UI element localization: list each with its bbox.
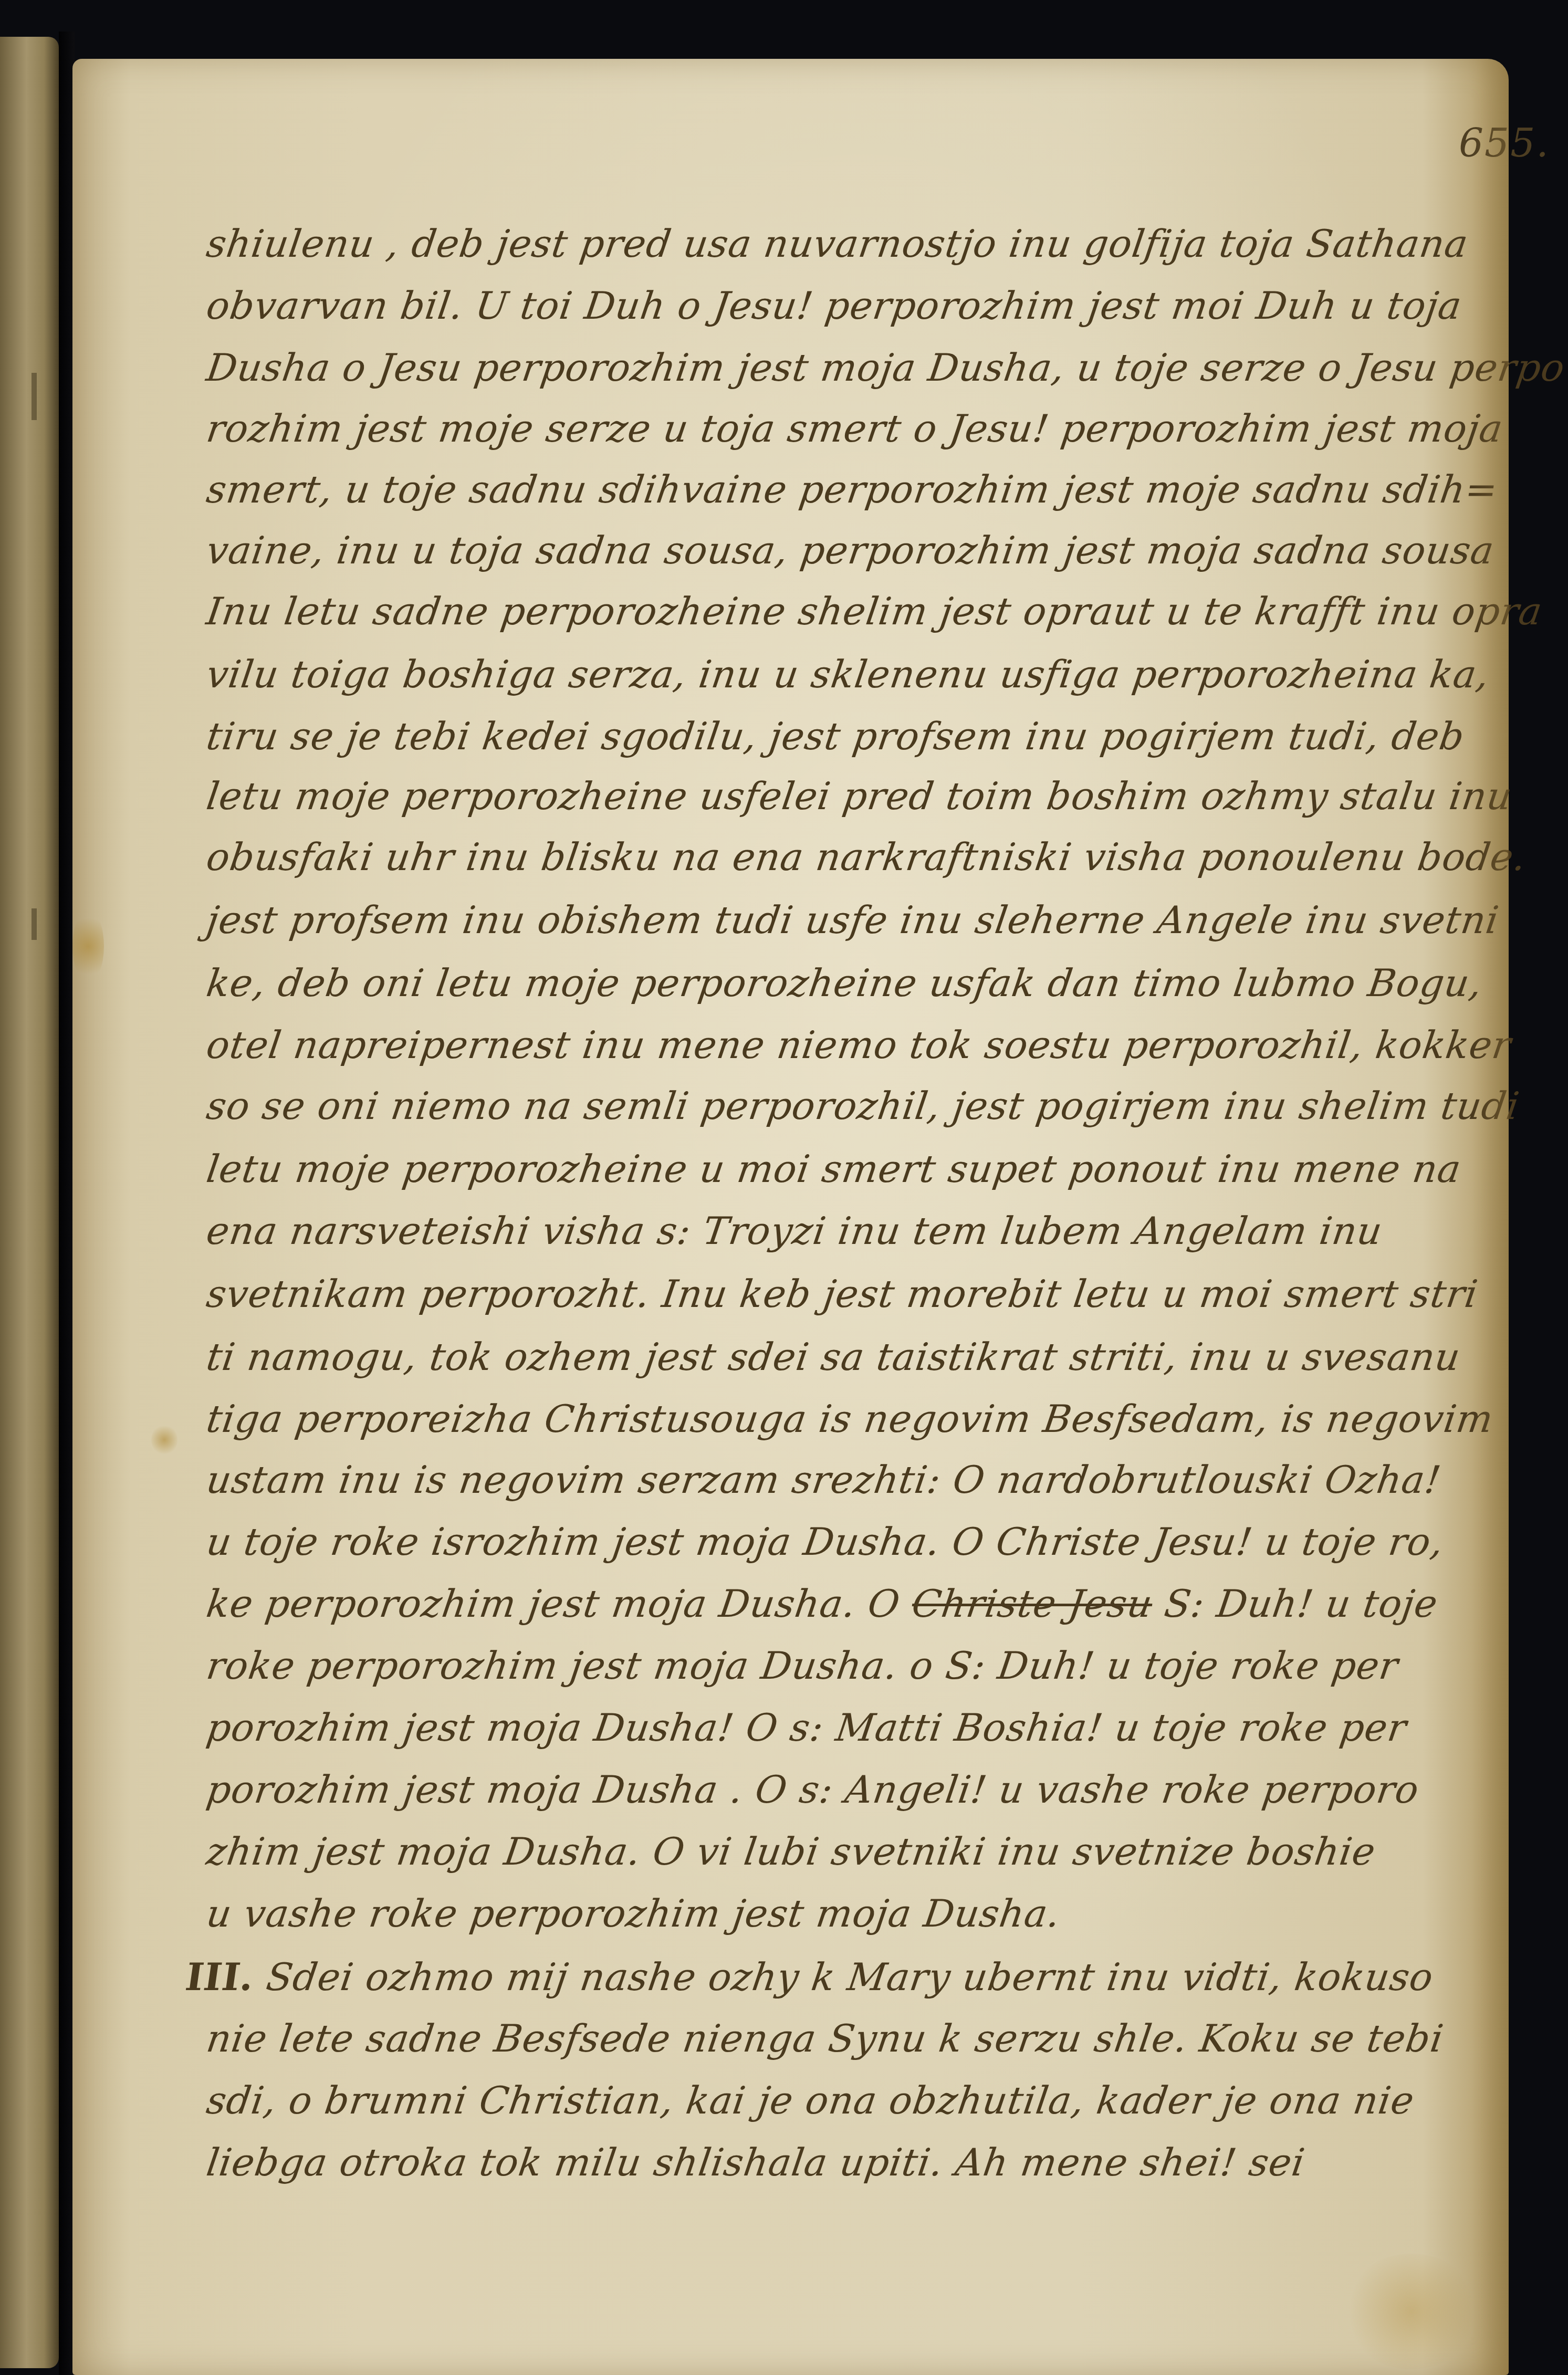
- text-line: Inu letu sadne perporozheine shelim jest…: [204, 589, 1545, 633]
- text-line: obusfaki uhr inu blisku na ena narkraftn…: [204, 835, 1529, 879]
- text-line: tiru se je tebi kedei sgodilu, jest prof…: [204, 714, 1467, 758]
- text-line: letu moje perporozheine usfelei pred toi…: [204, 774, 1515, 818]
- paper-stain: [1343, 2254, 1480, 2369]
- text-line: otel napreipernest inu mene niemo tok so…: [204, 1023, 1514, 1067]
- text-line: vilu toiga boshiga serza, inu u sklenenu…: [204, 652, 1492, 696]
- text-segment: Sdei ozhmo mij nashe ozhy k Mary ubernt …: [264, 1955, 1436, 1999]
- text-line: roke perporozhim jest moja Dusha. o S: D…: [204, 1644, 1401, 1688]
- text-line: ke, deb oni letu moje perporozheine usfa…: [204, 961, 1485, 1005]
- ink-mark: [32, 908, 37, 940]
- text-line: porozhim jest moja Dusha . O s: Angeli! …: [204, 1767, 1422, 1812]
- text-line: obvarvan bil. U toi Duh o Jesu! perporoz…: [204, 284, 1465, 328]
- text-line-with-strikethrough: ke perporozhim jest moja Dusha. O Christ…: [204, 1582, 1440, 1626]
- text-line: smert, u toje sadnu sdihvaine perporozhi…: [204, 467, 1501, 511]
- text-line: vaine, inu u toja sadna sousa, perporozh…: [204, 528, 1497, 572]
- section-number: III.: [183, 1954, 257, 1999]
- text-line: tiga perporeizha Christusouga is negovim…: [204, 1397, 1496, 1441]
- manuscript-page: 655. shiulenu , deb jest pred usa nuvarn…: [72, 59, 1509, 2375]
- text-line: so se oni niemo na semli perporozhil, je…: [204, 1084, 1522, 1128]
- text-line: rozhim jest moje serze u toja smert o Je…: [204, 406, 1506, 451]
- text-line: u toje roke isrozhim jest moja Dusha. O …: [204, 1520, 1447, 1564]
- text-line: sdi, o brumni Christian, kai je ona obzh…: [204, 2078, 1417, 2122]
- text-line: liebga otroka tok milu shlishala upiti. …: [204, 2140, 1308, 2184]
- text-line: shiulenu , deb jest pred usa nuvarnostjo…: [204, 222, 1471, 266]
- ink-mark: [32, 373, 37, 420]
- text-segment: ke perporozhim jest moja Dusha. O: [204, 1582, 915, 1626]
- text-line: zhim jest moja Dusha. O vi lubi svetniki…: [204, 1829, 1378, 1874]
- text-line: ena narsveteishi visha s: Troyzi inu tem…: [204, 1209, 1385, 1253]
- paper-stain: [151, 1424, 177, 1456]
- paper-stain: [72, 909, 104, 983]
- manuscript-scan: 655. shiulenu , deb jest pred usa nuvarn…: [0, 0, 1568, 2375]
- text-line: Dusha o Jesu perporozhim jest moja Dusha…: [204, 346, 1568, 390]
- text-segment: S: Duh! u toje: [1149, 1582, 1441, 1626]
- section-heading-line: III.Sdei ozhmo mij nashe ozhy k Mary ube…: [183, 1954, 1436, 1999]
- text-line: ti namogu, tok ozhem jest sdei sa taisti…: [204, 1335, 1463, 1379]
- text-line: jest profsem inu obishem tudi usfe inu s…: [204, 898, 1502, 942]
- text-line: svetnikam perporozht. Inu keb jest moreb…: [204, 1272, 1481, 1316]
- facing-page-edge: [0, 37, 59, 2368]
- text-line: nie lete sadne Besfsede nienga Synu k se…: [204, 2016, 1446, 2060]
- struck-text: Christe Jesu: [909, 1582, 1155, 1626]
- page-number: 655.: [1459, 121, 1550, 166]
- text-line: letu moje perporozheine u moi smert supe…: [204, 1147, 1464, 1191]
- text-line: porozhim jest moja Dusha! O s: Matti Bos…: [204, 1706, 1409, 1750]
- text-line: ustam inu is negovim serzam srezhti: O n…: [204, 1458, 1444, 1502]
- text-line: u vashe roke perporozhim jest moja Dusha…: [204, 1891, 1063, 1935]
